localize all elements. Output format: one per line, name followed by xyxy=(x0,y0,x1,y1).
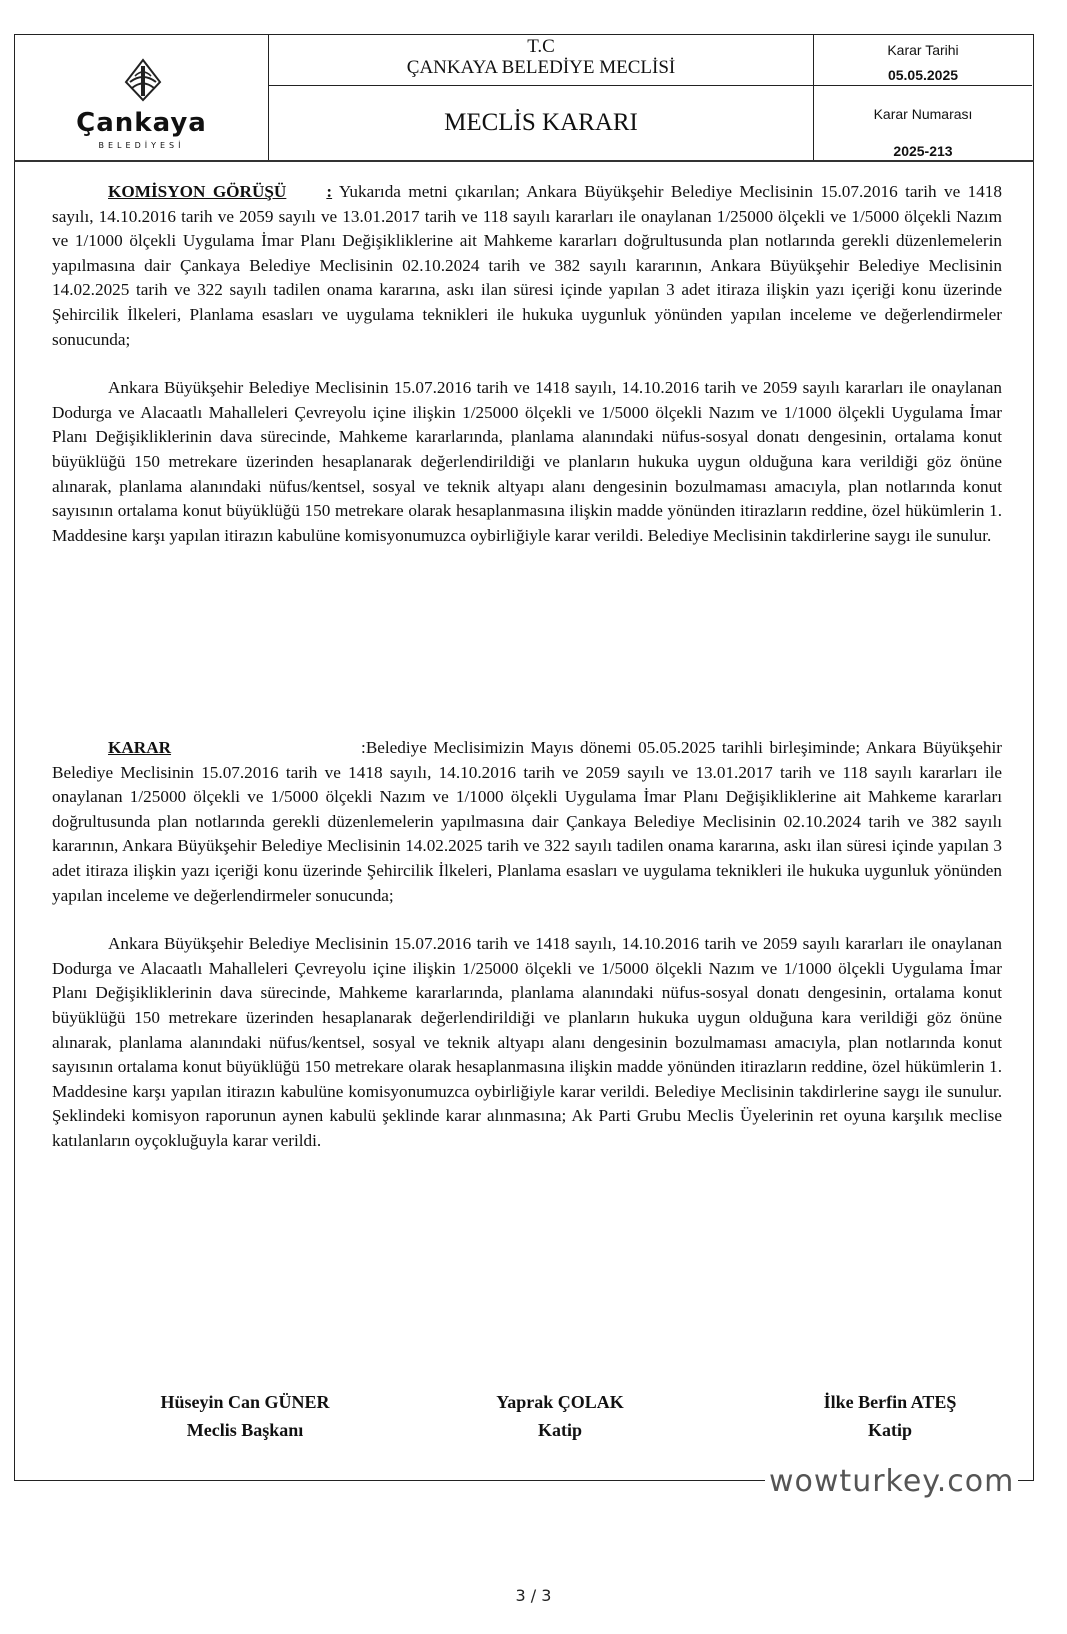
council-title-cell: T.C ÇANKAYA BELEDİYE MECLİSİ xyxy=(269,34,814,86)
council-name: ÇANKAYA BELEDİYE MECLİSİ xyxy=(269,57,813,79)
decision-section: KARAR:Belediye Meclisimizin Mayıs dönemi… xyxy=(52,736,1002,1154)
decision-number-cell: Karar Numarası 2025-213 xyxy=(814,86,1032,160)
logo-cell: Çankaya BELEDİYESİ xyxy=(14,34,269,160)
logo-subtitle: BELEDİYESİ xyxy=(14,141,269,150)
commission-text-1: Yukarıda metni çıkarılan; Ankara Büyükşe… xyxy=(52,182,1002,349)
decision-number-value: 2025-213 xyxy=(814,123,1032,160)
signature-name: İlke Berfin ATEŞ xyxy=(780,1388,1000,1416)
decision-heading: KARAR xyxy=(108,738,171,757)
decision-number-label: Karar Numarası xyxy=(814,86,1032,123)
signature-title: Katip xyxy=(440,1416,680,1444)
decision-paragraph-2: Ankara Büyükşehir Belediye Meclisinin 15… xyxy=(52,932,1002,1153)
signature-name: Hüseyin Can GÜNER xyxy=(115,1388,375,1416)
page-number: 3 / 3 xyxy=(0,1586,1067,1605)
cankaya-emblem-icon xyxy=(124,58,162,104)
commission-separator: : xyxy=(326,182,332,201)
decision-date-value: 05.05.2025 xyxy=(814,59,1032,84)
signature-name: Yaprak ÇOLAK xyxy=(440,1388,680,1416)
commission-paragraph-2: Ankara Büyükşehir Belediye Meclisinin 15… xyxy=(52,376,1002,548)
signature-chair: Hüseyin Can GÜNER Meclis Başkanı xyxy=(115,1388,375,1444)
decision-date-label: Karar Tarihi xyxy=(814,34,1032,59)
tc-label: T.C xyxy=(269,34,813,57)
commission-paragraph-1: KOMİSYON GÖRÜŞÜ: Yukarıda metni çıkarıla… xyxy=(52,180,1002,352)
decision-paragraph-1: KARAR:Belediye Meclisimizin Mayıs dönemi… xyxy=(52,736,1002,908)
signature-title: Meclis Başkanı xyxy=(115,1416,375,1444)
doc-type: MECLİS KARARI xyxy=(269,86,813,160)
logo-name: Çankaya xyxy=(14,108,269,138)
doc-type-cell: MECLİS KARARI xyxy=(269,86,814,160)
signature-clerk-2: İlke Berfin ATEŞ Katip xyxy=(780,1388,1000,1444)
commission-heading: KOMİSYON GÖRÜŞÜ xyxy=(108,182,286,201)
decision-text-1: Belediye Meclisimizin Mayıs dönemi 05.05… xyxy=(52,738,1002,905)
watermark: wowturkey.com xyxy=(765,1464,1018,1499)
signature-clerk-1: Yaprak ÇOLAK Katip xyxy=(440,1388,680,1444)
commission-section: KOMİSYON GÖRÜŞÜ: Yukarıda metni çıkarıla… xyxy=(52,180,1002,548)
document-header: Çankaya BELEDİYESİ T.C ÇANKAYA BELEDİYE … xyxy=(14,34,1034,162)
signature-title: Katip xyxy=(780,1416,1000,1444)
decision-date-cell: Karar Tarihi 05.05.2025 xyxy=(814,34,1032,86)
